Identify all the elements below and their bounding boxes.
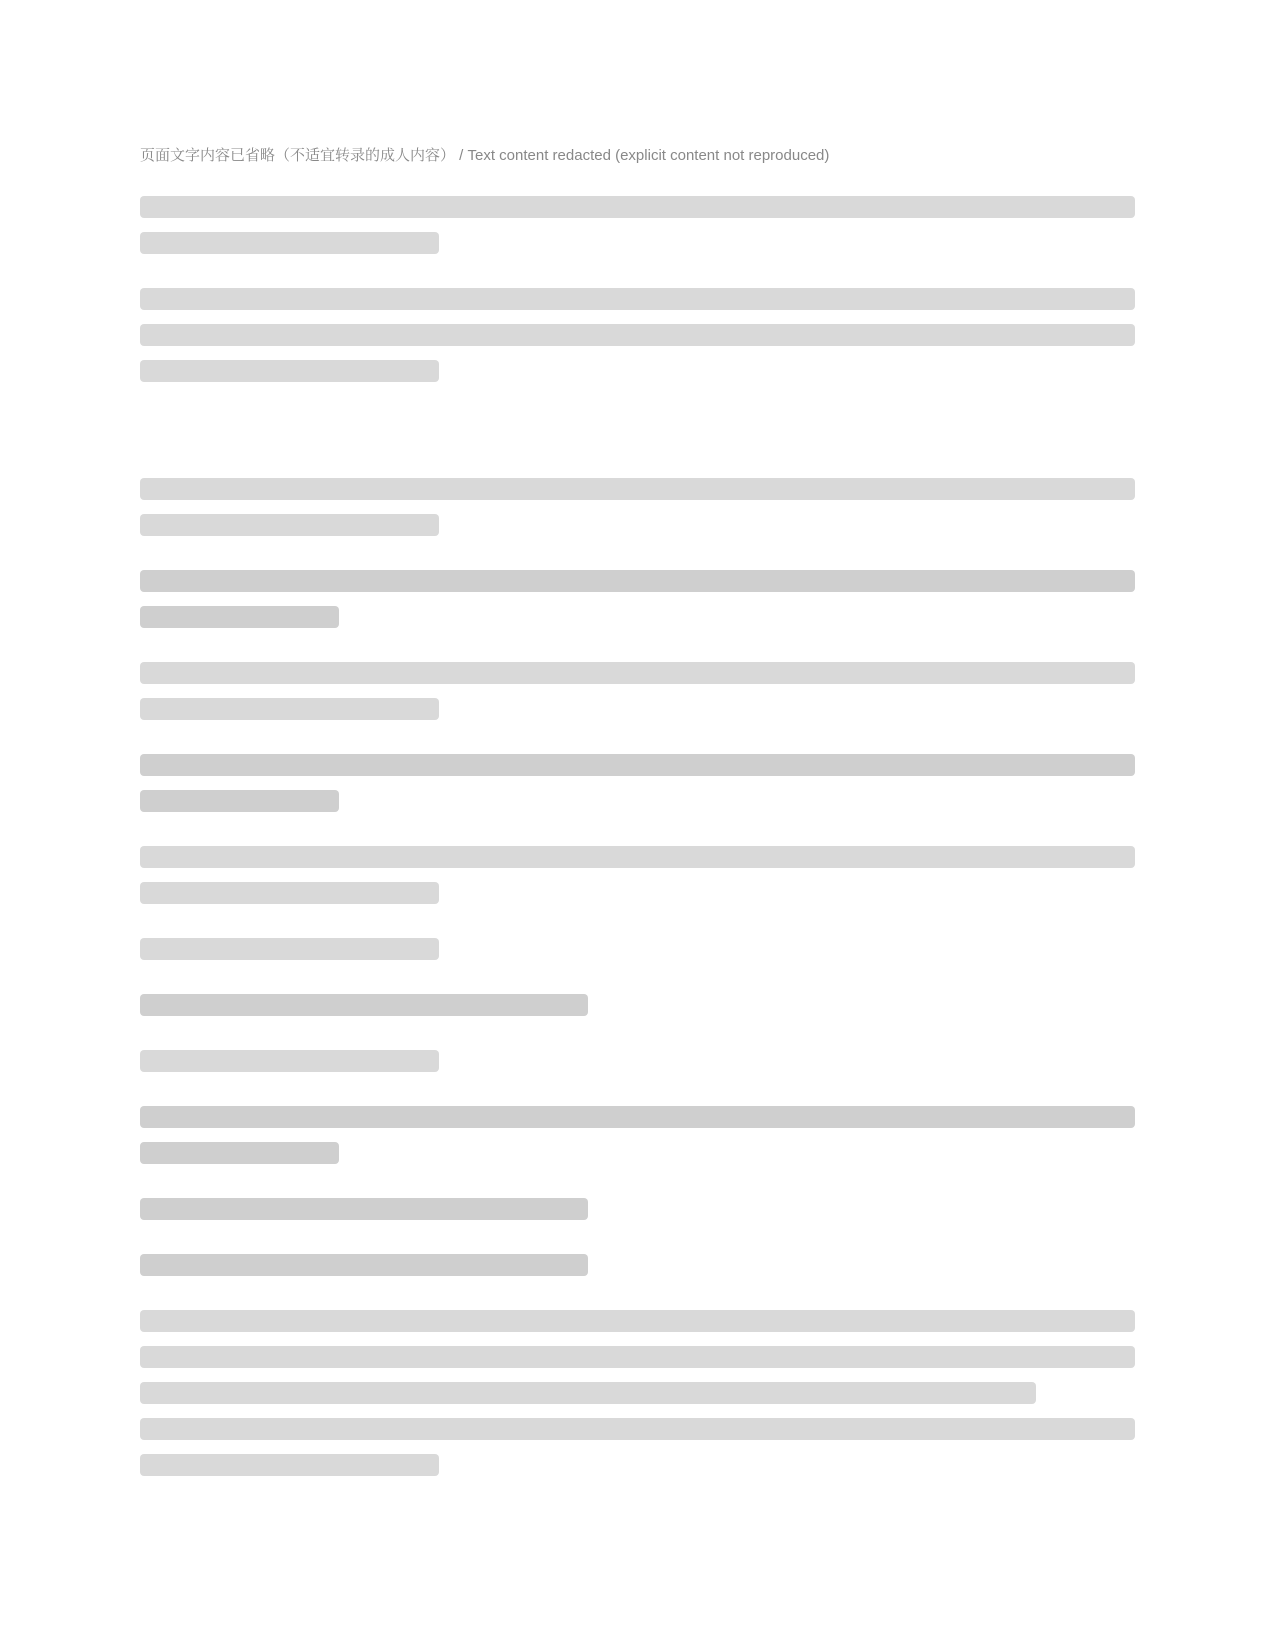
redacted-text-line (140, 1310, 1135, 1332)
redacted-text-line (140, 882, 439, 904)
redacted-text-line (140, 478, 1135, 500)
redacted-text-line (140, 360, 439, 382)
redacted-text-line (140, 754, 1135, 776)
redacted-text-line (140, 1254, 588, 1276)
redacted-paragraph (140, 938, 1135, 960)
redacted-text-line (140, 790, 339, 812)
redacted-text-line (140, 1418, 1135, 1440)
redacted-text-line (140, 1346, 1135, 1368)
redacted-text-line (140, 1106, 1135, 1128)
redacted-paragraph (140, 994, 1135, 1016)
redacted-paragraph (140, 570, 1135, 628)
redacted-paragraph (140, 846, 1135, 904)
redacted-text-line (140, 606, 339, 628)
redacted-text-line (140, 196, 1135, 218)
document-page: 页面文字内容已省略（不适宜转录的成人内容） / Text content red… (0, 0, 1275, 1650)
redacted-paragraph (140, 1310, 1135, 1476)
redacted-paragraph (140, 1106, 1135, 1164)
redacted-text-line (140, 938, 439, 960)
redacted-text-line (140, 994, 588, 1016)
redacted-paragraph (140, 288, 1135, 382)
redacted-text-line (140, 570, 1135, 592)
redacted-paragraph (140, 1050, 1135, 1072)
redacted-text-line (140, 846, 1135, 868)
redaction-notice: 页面文字内容已省略（不适宜转录的成人内容） / Text content red… (140, 145, 1135, 168)
redacted-text-line (140, 1050, 439, 1072)
redacted-text-line (140, 324, 1135, 346)
redacted-text-line (140, 1382, 1036, 1404)
redacted-text-line (140, 288, 1135, 310)
redacted-paragraph (140, 1198, 1135, 1220)
redacted-paragraph (140, 754, 1135, 812)
redacted-paragraph (140, 662, 1135, 720)
redacted-text-line (140, 1198, 588, 1220)
redacted-paragraph (140, 1254, 1135, 1276)
redacted-paragraph (140, 196, 1135, 254)
redacted-text-line (140, 514, 439, 536)
redacted-text-line (140, 698, 439, 720)
redacted-paragraph (140, 478, 1135, 536)
redacted-text-line (140, 662, 1135, 684)
redacted-text-line (140, 232, 439, 254)
redacted-text-line (140, 1142, 339, 1164)
redacted-text-line (140, 1454, 439, 1476)
paragraph-container (140, 196, 1135, 1476)
